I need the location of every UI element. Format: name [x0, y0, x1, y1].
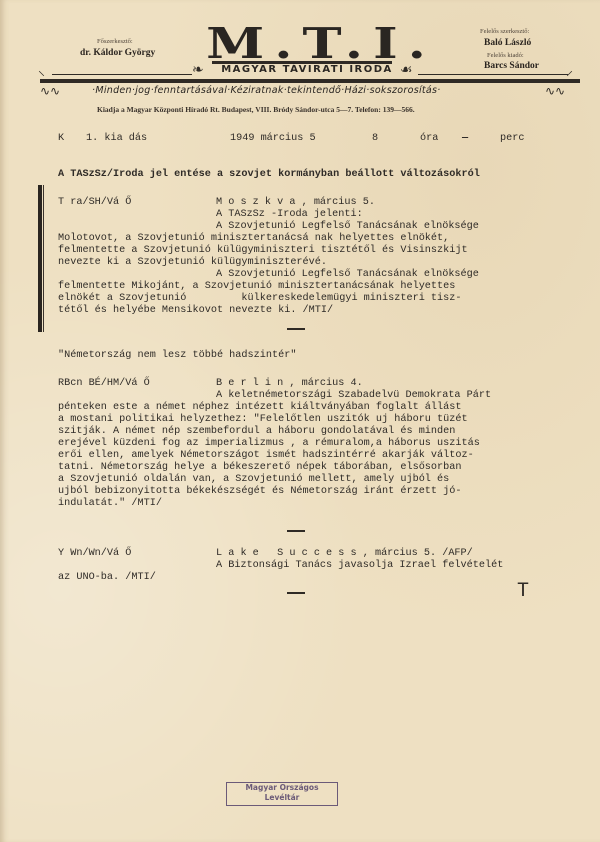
rights-notice: ·Minden·jog·fenntartásával·Kéziratnak·te… — [92, 85, 542, 96]
article-2-line: tatni. Németország helye a békeszerető n… — [58, 462, 462, 473]
article-1-line: nevezte ki a Szovjetunió külügyminiszter… — [58, 257, 327, 268]
imprint-line: Kiadja a Magyar Központi Híradó Rt. Buda… — [97, 105, 567, 114]
left-scroll-ornament-icon: ⸜ — [38, 64, 45, 78]
article-1-line: felmentette Mikojánt, a Szovjetunió mini… — [58, 281, 455, 292]
rule-upper-right — [418, 74, 568, 75]
article-2-line: erői ellen, amelyek Németországot ismét … — [58, 450, 474, 461]
article-1-line: elnökét a Szovjetunió külkereskedelemügy… — [58, 293, 462, 304]
article-2-headline: "Németország nem lesz többé hadszintér" — [58, 350, 296, 361]
issue-code: K — [58, 133, 64, 144]
issue-minute: — — [462, 133, 468, 144]
separator-dash — [287, 328, 305, 330]
article-2-ref: RBcn BÉ/HM/Vá Ő — [58, 378, 150, 389]
article-2-line: a mostani politikai helyzethez: "Felelőt… — [58, 414, 468, 425]
separator-dash — [287, 530, 305, 532]
article-1-line: A TASzSz -Iroda jelenti: — [216, 209, 363, 220]
article-2-line: indulatát." /MTI/ — [58, 498, 162, 509]
archive-stamp: Magyar Országos Levéltár — [226, 782, 338, 806]
rule-heavy — [40, 79, 580, 83]
publisher-label: Felelős kiadó: — [487, 52, 524, 59]
margin-bar-inner — [43, 185, 44, 332]
chief-editor-name: dr. Káldor György — [80, 48, 155, 58]
margin-bar — [38, 185, 42, 332]
article-1-line: A Szovjetunió Legfelső Tanácsának elnöks… — [216, 269, 479, 280]
issue-edition: 1. kia dás — [86, 133, 147, 144]
separator-dash — [287, 592, 305, 594]
article-3-ref: Y Wn/Wn/Vá Ő — [58, 548, 131, 559]
article-1-line: Molotovot, a Szovjetunió minisztertanács… — [58, 233, 449, 244]
responsible-editor-name: Baló László — [484, 38, 531, 48]
article-3-dateline: L a k e S u c c e s s , március 5. /AFP/ — [216, 548, 473, 559]
document-page: Főszerkesztő: dr. Káldor György M.T.I. F… — [0, 0, 600, 842]
article-2-dateline: B e r l i n , március 4. — [216, 378, 363, 389]
mti-logo-title: M.T.I. — [189, 24, 454, 64]
article-2-line: szitják. A német nép szembefordul a hábo… — [58, 426, 455, 437]
article-2-line: erejével küzdeni fog az imperializmus , … — [58, 438, 480, 449]
flourish-left-icon: ❧ — [192, 63, 204, 77]
stamp-line-1: Magyar Országos — [227, 783, 337, 793]
agency-name: MAGYAR TÁVIRATI IRODA — [212, 63, 402, 77]
article-1-headline: A TASzSz/Iroda jel entése a szovjet korm… — [58, 169, 480, 180]
left-wave-ornament-icon: ∿∿ — [40, 84, 60, 98]
article-1-line: tétől és helyébe Mensikovot nevezte ki. … — [58, 305, 333, 316]
article-2-line: pénteken este a német néphez intézett ki… — [58, 402, 462, 413]
issue-minute-label: perc — [500, 133, 524, 144]
article-1-line: A Szovjetunió Legfelső Tanácsának elnöks… — [216, 221, 479, 232]
article-2-line: ujból bebizonyitotta békekészségét és Né… — [58, 486, 462, 497]
article-1-dateline: M o s z k v a , március 5. — [216, 197, 375, 208]
right-wave-ornament-icon: ∿∿ — [545, 84, 565, 98]
chief-editor-label: Főszerkesztő: — [97, 38, 133, 45]
article-2-line: A keletnémetországi Szabadelvü Demokrata… — [216, 390, 491, 401]
issue-date: 1949 március 5 — [230, 133, 316, 144]
rule-upper-left — [52, 74, 192, 75]
article-3-line: az UNO-ba. /MTI/ — [58, 572, 156, 583]
article-1-line: felmentette a Szovjetunió külügyminiszte… — [58, 245, 468, 256]
article-2-line: a Szovjetunió oldalán van, a Szovjetunió… — [58, 474, 449, 485]
issue-hour-label: óra — [420, 133, 438, 144]
responsible-editor-label: Felelős szerkesztő: — [480, 28, 529, 35]
issue-hour: 8 — [372, 133, 378, 144]
flourish-right-icon: ☙ — [400, 63, 413, 77]
handwritten-mark: T — [517, 580, 529, 603]
publisher-name: Barcs Sándor — [484, 61, 539, 71]
masthead: Főszerkesztő: dr. Káldor György M.T.I. F… — [0, 0, 600, 120]
stamp-line-2: Levéltár — [227, 793, 337, 803]
article-3-line: A Biztonsági Tanács javasolja Izrael fel… — [216, 560, 503, 571]
article-1-ref: T ra/SH/Vá Ő — [58, 197, 131, 208]
right-scroll-ornament-icon: ⸝ — [566, 64, 573, 78]
